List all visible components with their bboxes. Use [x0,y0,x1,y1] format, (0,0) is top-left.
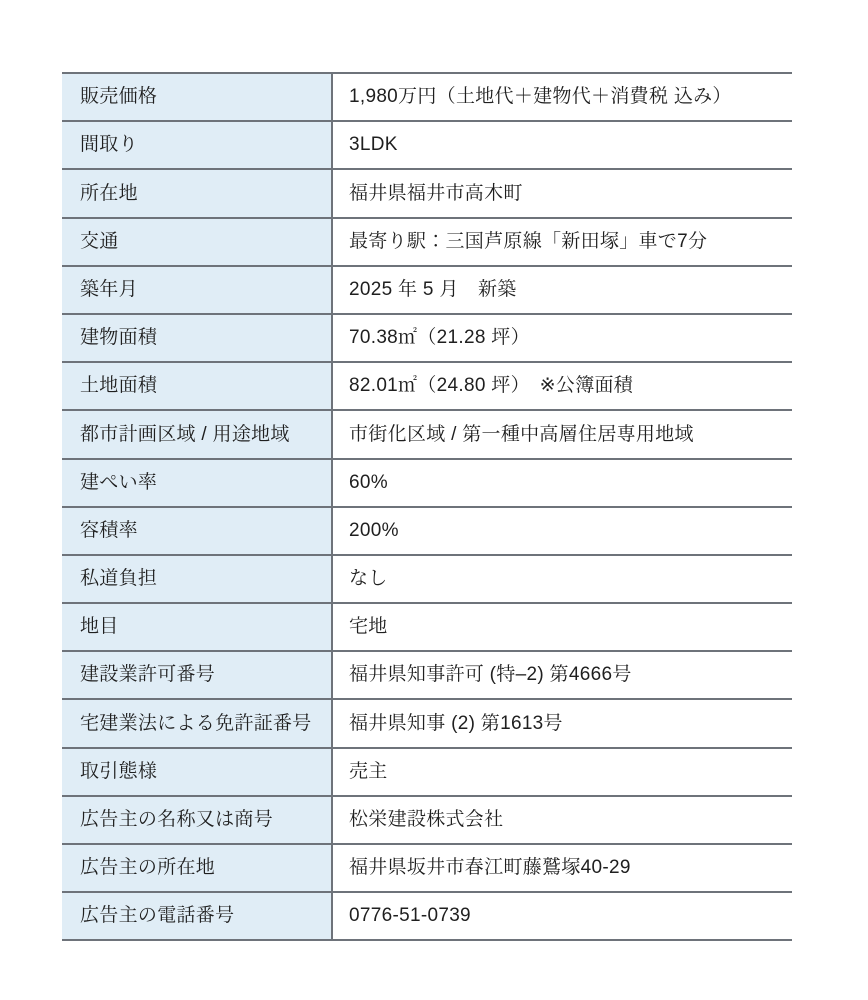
property-spec-sheet: 販売価格 1,980万円（土地代＋建物代＋消費税 込み） 間取り 3LDK 所在… [0,0,868,1000]
table-row: 取引態様 売主 [62,749,792,797]
table-row: 販売価格 1,980万円（土地代＋建物代＋消費税 込み） [62,74,792,122]
row-value: 宅地 [333,604,792,650]
table-row: 地目 宅地 [62,604,792,652]
row-label: 間取り [62,122,333,168]
property-spec-table: 販売価格 1,980万円（土地代＋建物代＋消費税 込み） 間取り 3LDK 所在… [62,72,792,941]
table-row: 広告主の名称又は商号 松栄建設株式会社 [62,797,792,845]
row-label: 広告主の名称又は商号 [62,797,333,843]
row-value: 福井県知事許可 (特–2) 第4666号 [333,652,792,698]
row-value: 最寄り駅：三国芦原線「新田塚」車で7分 [333,219,792,265]
row-label: 築年月 [62,267,333,313]
row-label: 販売価格 [62,74,333,120]
row-label: 所在地 [62,170,333,216]
table-row: 建ぺい率 60% [62,460,792,508]
table-row: 建物面積 70.38㎡（21.28 坪） [62,315,792,363]
table-row: 広告主の電話番号 0776-51-0739 [62,893,792,941]
row-label: 広告主の所在地 [62,845,333,891]
row-label: 地目 [62,604,333,650]
row-label: 建物面積 [62,315,333,361]
table-row: 土地面積 82.01㎡（24.80 坪） ※公簿面積 [62,363,792,411]
row-value: 売主 [333,749,792,795]
row-value: 市街化区域 / 第一種中高層住居専用地域 [333,411,792,457]
row-label: 交通 [62,219,333,265]
row-value: 0776-51-0739 [333,893,792,939]
row-label: 土地面積 [62,363,333,409]
row-label: 広告主の電話番号 [62,893,333,939]
row-value: 200% [333,508,792,554]
table-row: 建設業許可番号 福井県知事許可 (特–2) 第4666号 [62,652,792,700]
row-label: 容積率 [62,508,333,554]
table-row: 間取り 3LDK [62,122,792,170]
table-row: 所在地 福井県福井市高木町 [62,170,792,218]
table-row: 交通 最寄り駅：三国芦原線「新田塚」車で7分 [62,219,792,267]
row-label: 建設業許可番号 [62,652,333,698]
table-row: 宅建業法による免許証番号 福井県知事 (2) 第1613号 [62,700,792,748]
row-label: 私道負担 [62,556,333,602]
table-row: 容積率 200% [62,508,792,556]
row-value: 70.38㎡（21.28 坪） [333,315,792,361]
row-value: 松栄建設株式会社 [333,797,792,843]
row-label: 都市計画区域 / 用途地域 [62,411,333,457]
row-value: 3LDK [333,122,792,168]
row-value: 福井県坂井市春江町藤鷲塚40-29 [333,845,792,891]
row-value: 福井県知事 (2) 第1613号 [333,700,792,746]
row-value: なし [333,556,792,602]
row-label: 建ぺい率 [62,460,333,506]
row-value: 60% [333,460,792,506]
table-row: 私道負担 なし [62,556,792,604]
row-value: 福井県福井市高木町 [333,170,792,216]
table-row: 広告主の所在地 福井県坂井市春江町藤鷲塚40-29 [62,845,792,893]
table-row: 築年月 2025 年 5 月 新築 [62,267,792,315]
row-label: 取引態様 [62,749,333,795]
row-value: 2025 年 5 月 新築 [333,267,792,313]
row-value: 1,980万円（土地代＋建物代＋消費税 込み） [333,74,792,120]
table-row: 都市計画区域 / 用途地域 市街化区域 / 第一種中高層住居専用地域 [62,411,792,459]
row-label: 宅建業法による免許証番号 [62,700,333,746]
row-value: 82.01㎡（24.80 坪） ※公簿面積 [333,363,792,409]
